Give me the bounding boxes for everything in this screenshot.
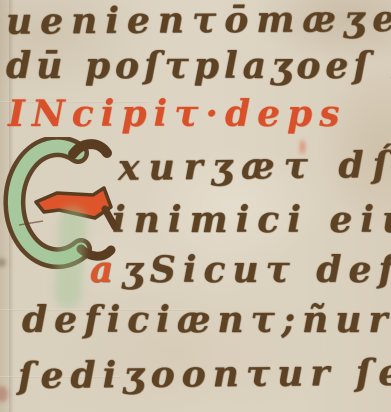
ink-smudge <box>0 386 8 402</box>
text-line-6: aʒSicuτ defec <box>90 248 391 292</box>
text-line-6-body: ʒSicuτ defec <box>122 249 391 291</box>
text-line-1: uenienτōmæʒene <box>6 0 391 44</box>
text-line-2: dū poſτplaʒoeſ xp̄ <box>6 44 391 88</box>
text-line-4: xurʒæτ dſ́ & <box>118 142 391 190</box>
manuscript-page: uenienτōmæʒene dū poſτplaʒoeſ xp̄ INcipi… <box>0 0 391 412</box>
text-line-5: inimici eiuſ <box>112 198 391 242</box>
text-line-7: deficiænτ;ñurtæ <box>22 298 391 342</box>
rubric-line: INcipiτ·deps <box>8 92 346 136</box>
green-wash-streak <box>53 205 87 309</box>
text-line-8: ſediʒoonτur ſedu <box>18 350 391 398</box>
